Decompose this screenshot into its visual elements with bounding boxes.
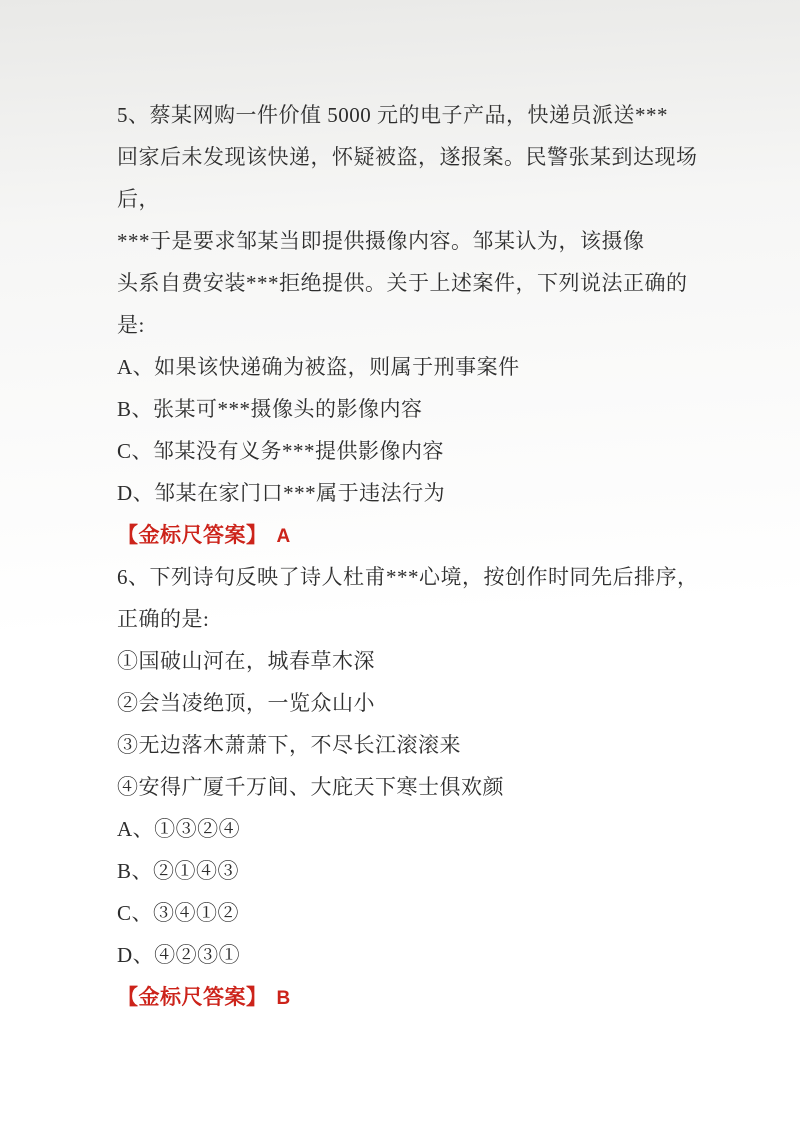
question-5-stem-line: 是: <box>117 304 760 346</box>
question-6-option-b: B、②①④③ <box>117 850 760 892</box>
question-6-poem-item-3: ③无边落木萧萧下，不尽长江滚滚来 <box>117 724 760 766</box>
question-5-stem-line: 5、蔡某网购一件价值 5000 元的电子产品，快递员派送*** <box>117 94 760 136</box>
question-6-option-c: C、③④①② <box>117 892 760 934</box>
question-5-stem-line: 后， <box>117 178 760 220</box>
answer-letter: B <box>277 988 291 1009</box>
question-6-option-a: A、①③②④ <box>117 808 760 850</box>
question-5-stem-line: 头系自费安装***拒绝提供。关于上述案件，下列说法正确的 <box>117 262 760 304</box>
question-5-stem-line: ***于是要求邹某当即提供摄像内容。邹某认为，该摄像 <box>117 220 760 262</box>
question-6-poem-item-4: ④安得广厦千万间、大庇天下寒士俱欢颜 <box>117 766 760 808</box>
question-6-poem-item-1: ①国破山河在，城春草木深 <box>117 640 760 682</box>
answer-letter: A <box>277 526 291 547</box>
question-5-stem-line: 回家后未发现该快递，怀疑被盗，遂报案。民警张某到达现场 <box>117 136 760 178</box>
answer-label: 【金标尺答案】 <box>117 523 268 547</box>
question-6-stem-line: 6、下列诗句反映了诗人杜甫***心境，按创作时同先后排序， <box>117 556 760 598</box>
question-6-poem-item-2: ②会当凌绝顶，一览众山小 <box>117 682 760 724</box>
question-5: 5、蔡某网购一件价值 5000 元的电子产品，快递员派送*** 回家后未发现该快… <box>117 94 760 556</box>
question-6-option-d: D、④②③① <box>117 934 760 976</box>
answer-label: 【金标尺答案】 <box>117 985 268 1009</box>
question-6: 6、下列诗句反映了诗人杜甫***心境，按创作时同先后排序， 正确的是: ①国破山… <box>117 556 760 1018</box>
question-5-option-c: C、邹某没有义务***提供影像内容 <box>117 430 760 472</box>
question-5-option-a: A、如果该快递确为被盗，则属于刑事案件 <box>117 346 760 388</box>
question-5-answer-line: 【金标尺答案】A <box>117 514 760 556</box>
question-6-stem-line: 正确的是: <box>117 598 760 640</box>
question-5-option-d: D、邹某在家门口***属于违法行为 <box>117 472 760 514</box>
question-5-option-b: B、张某可***摄像头的影像内容 <box>117 388 760 430</box>
document-page: 5、蔡某网购一件价值 5000 元的电子产品，快递员派送*** 回家后未发现该快… <box>0 0 800 1018</box>
question-6-answer-line: 【金标尺答案】B <box>117 976 760 1018</box>
